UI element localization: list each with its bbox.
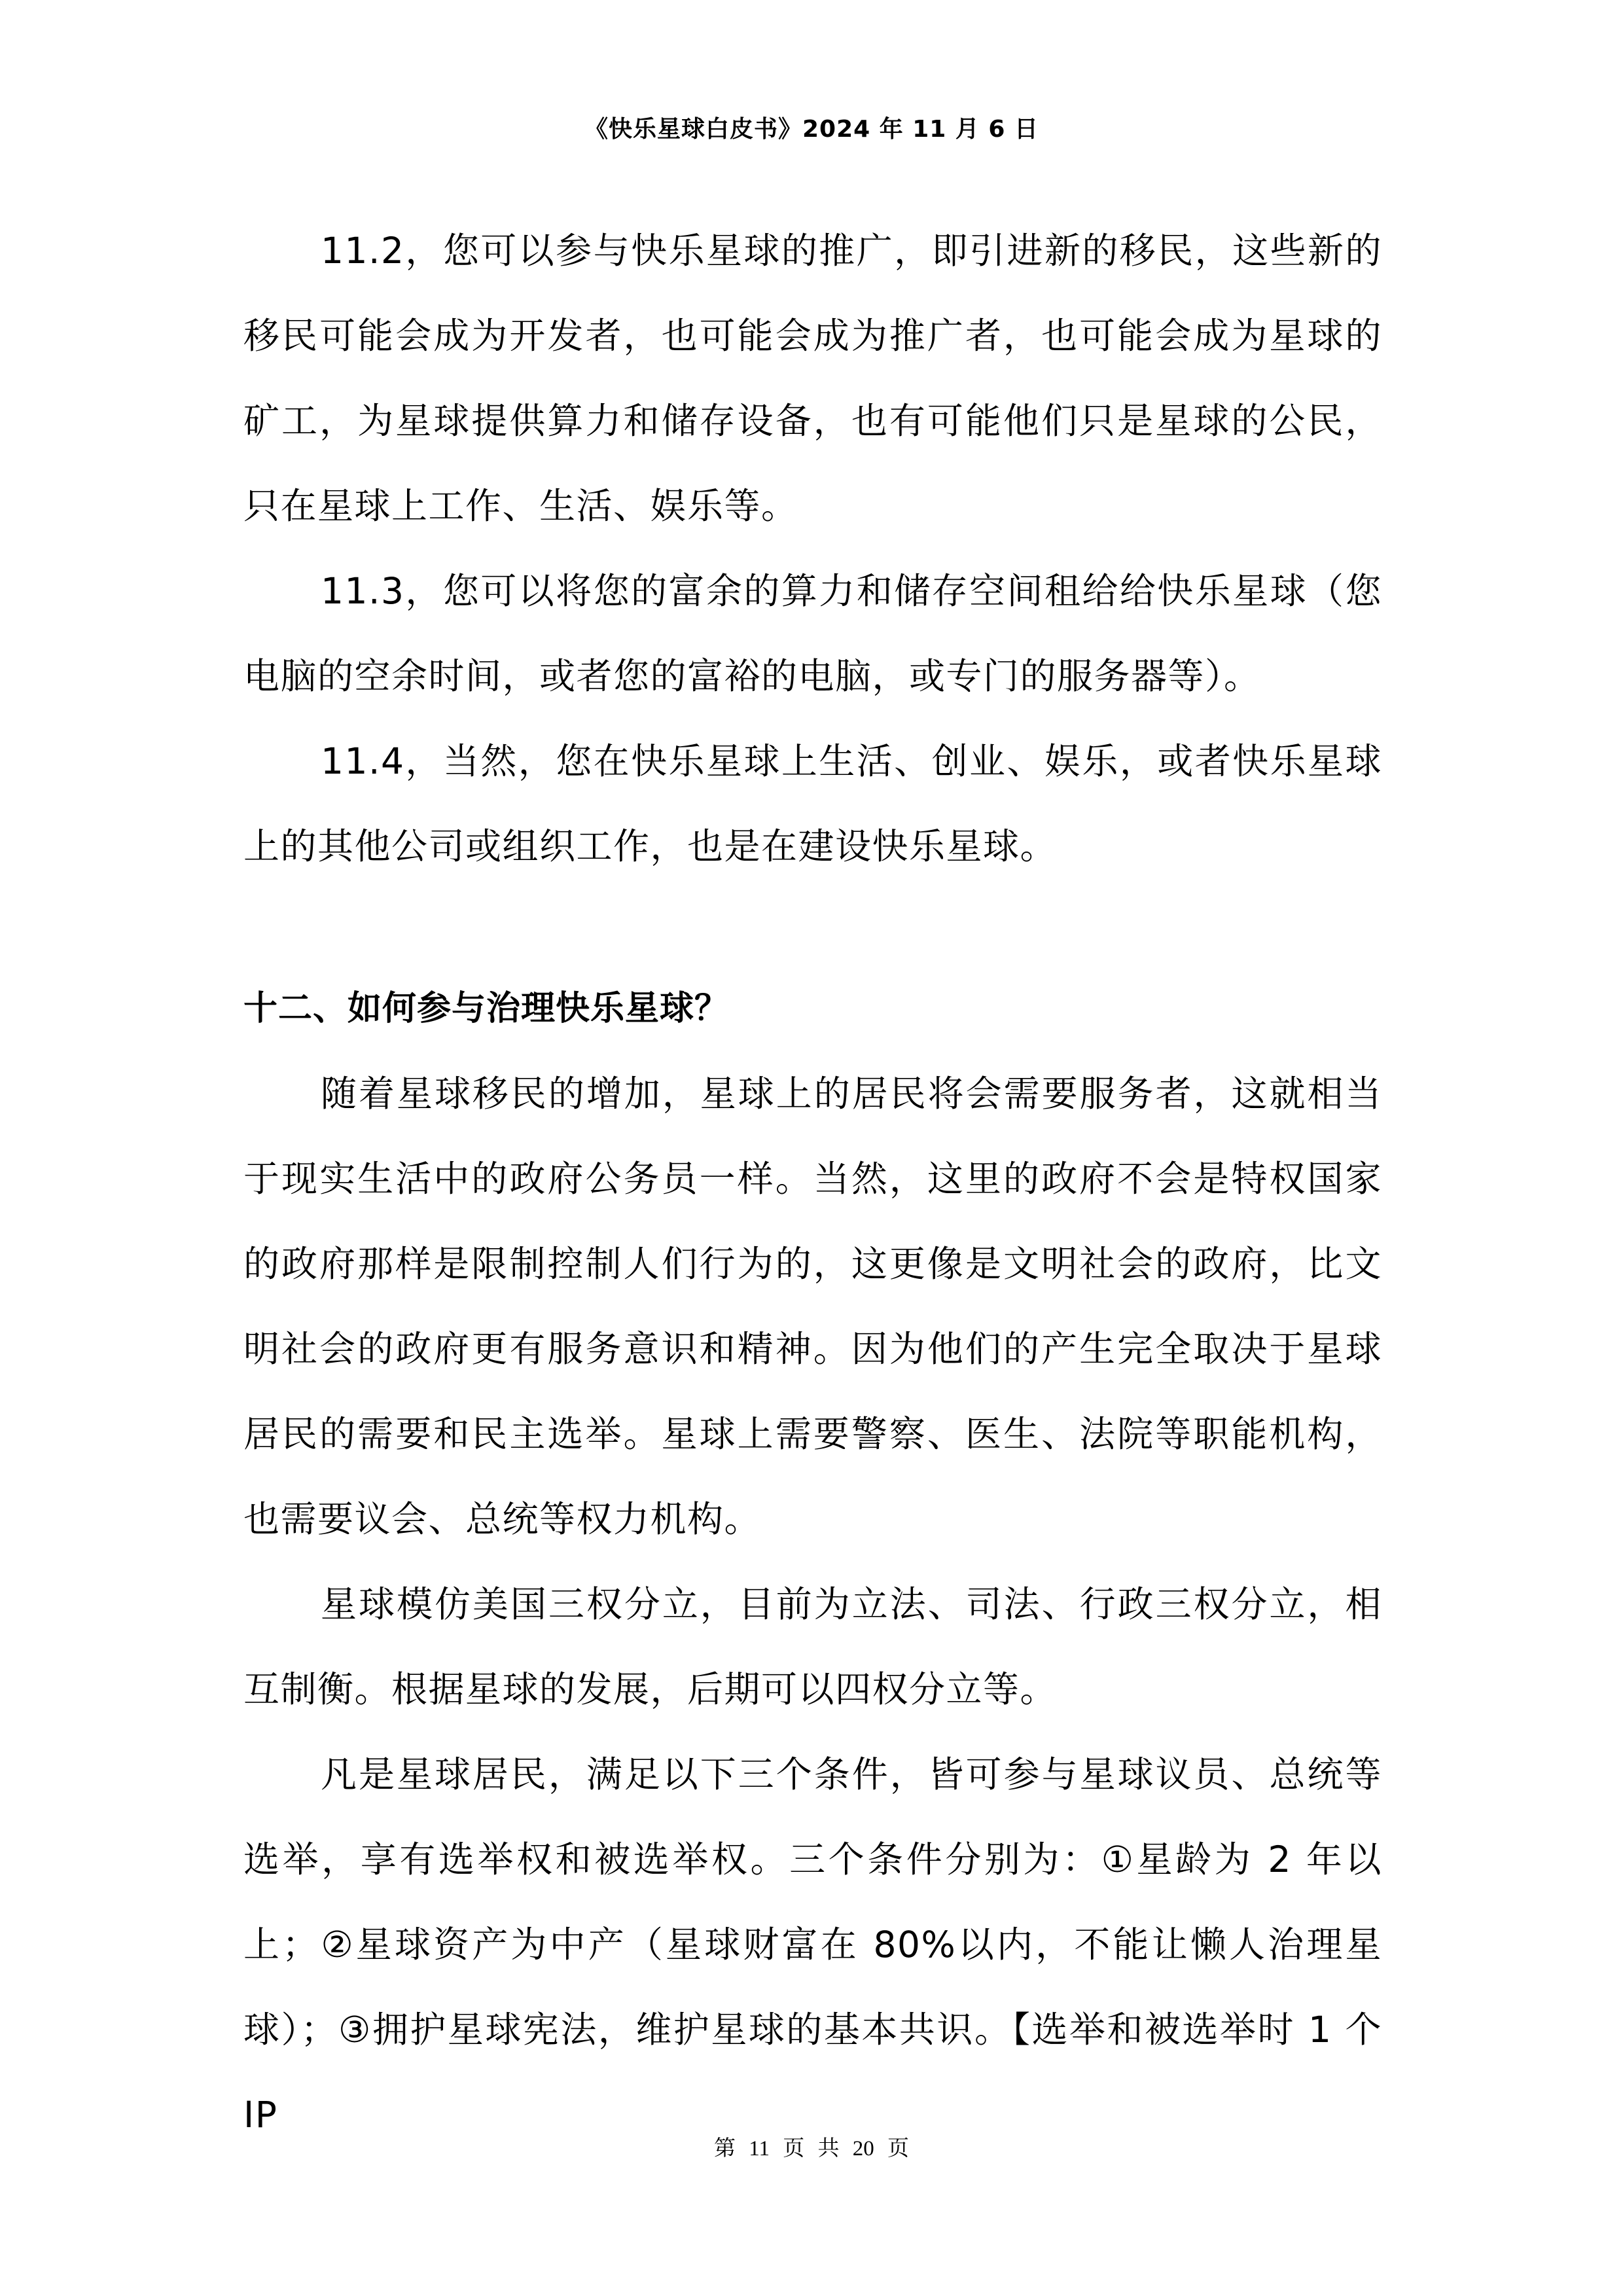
section-spacer	[243, 889, 1382, 966]
section-heading-12: 十二、如何参与治理快乐星球？	[243, 966, 1382, 1051]
paragraph-separation-of-powers: 星球模仿美国三权分立，目前为立法、司法、行政三权分立，相互制衡。根据星球的发展，…	[243, 1562, 1382, 1732]
paragraph-election-conditions: 凡是星球居民，满足以下三个条件，皆可参与星球议员、总统等选举，享有选举权和被选举…	[243, 1732, 1382, 2157]
paragraph-11-2: 11.2，您可以参与快乐星球的推广，即引进新的移民，这些新的移民可能会成为开发者…	[243, 208, 1382, 548]
paragraph-governance-intro: 随着星球移民的增加，星球上的居民将会需要服务者，这就相当于现实生活中的政府公务员…	[243, 1051, 1382, 1562]
page-header: 《快乐星球白皮书》2024 年 11 月 6 日	[0, 110, 1623, 149]
paragraph-11-3: 11.3，您可以将您的富余的算力和储存空间租给给快乐星球（您电脑的空余时间，或者…	[243, 548, 1382, 719]
page-footer: 第 11 页 共 20 页	[0, 2132, 1623, 2165]
document-body: 11.2，您可以参与快乐星球的推广，即引进新的移民，这些新的移民可能会成为开发者…	[243, 208, 1382, 2157]
document-page: 《快乐星球白皮书》2024 年 11 月 6 日 11.2，您可以参与快乐星球的…	[0, 0, 1623, 2296]
paragraph-11-4: 11.4，当然，您在快乐星球上生活、创业、娱乐，或者快乐星球上的其他公司或组织工…	[243, 719, 1382, 889]
